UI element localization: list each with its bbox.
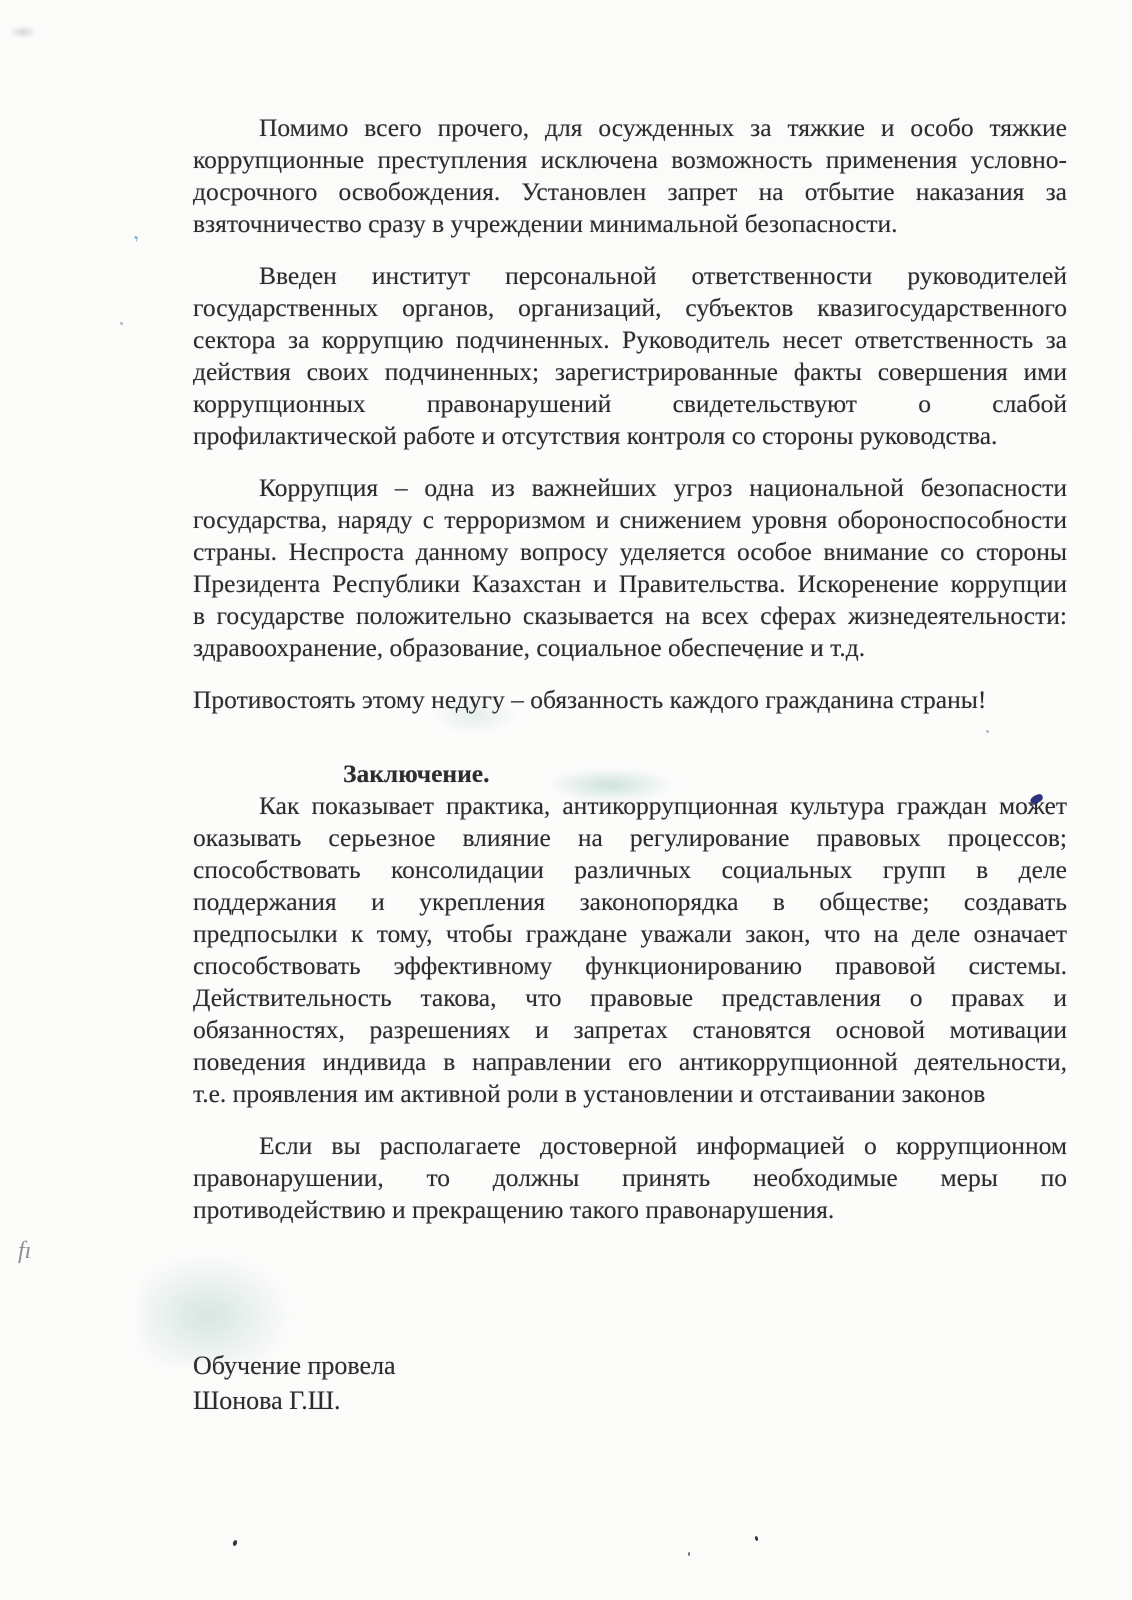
paragraph: Помимо всего прочего, для осужденных за … [193,112,1067,240]
scan-corner-mark [10,26,36,38]
paragraph: Коррупция – одна из важнейших угроз наци… [193,472,1067,664]
text-line: поведения индивида в направлении его ант… [193,1046,1067,1078]
text-line: здравоохранение, образование, социальное… [193,632,1067,664]
scan-speck [688,1552,690,1556]
signature-block: Обучение провела Шонова Г.Ш. [193,1348,396,1418]
text-line: Если вы располагаете достоверной информа… [193,1130,1067,1162]
text-line: правонарушении, то должны принять необхо… [193,1162,1067,1194]
scan-speck [232,1539,238,1546]
text-line: способствовать эффективному функциониров… [193,950,1067,982]
text-line: оказывать серьезное влияние на регулиров… [193,822,1067,854]
text-line: в государстве положительно сказывается н… [193,600,1067,632]
stray-pencil-mark: fı [18,1238,31,1265]
section-heading: Заключение. [343,758,1067,790]
text-line: коррупционных правонарушений свидетельст… [193,388,1067,420]
text-line: Помимо всего прочего, для осужденных за … [193,112,1067,144]
text-line: сектора за коррупцию подчиненных. Руково… [193,324,1067,356]
text-line: противодействию и прекращению такого пра… [193,1194,1067,1226]
paragraph: Если вы располагаете достоверной информа… [193,1130,1067,1226]
text-line: государственных органов, организаций, су… [193,292,1067,324]
text-line: Коррупция – одна из важнейших угроз наци… [193,472,1067,504]
signature-line-name: Шонова Г.Ш. [193,1383,396,1418]
paragraph: Как показывает практика, антикоррупционн… [193,790,1067,1110]
text-line: поддержания и укрепления законопорядка в… [193,886,1067,918]
document-body: Помимо всего прочего, для осужденных за … [193,112,1067,1246]
text-line: взяточничество сразу в учреждении минима… [193,208,1067,240]
text-line: предпосылки к тому, чтобы граждане уважа… [193,918,1067,950]
text-line: способствовать консолидации различных со… [193,854,1067,886]
scan-speck [120,322,123,325]
text-line: Президента Республики Казахстан и Правит… [193,568,1067,600]
text-line: Введен институт персональной ответственн… [193,260,1067,292]
text-line: государства, наряду с терроризмом и сниж… [193,504,1067,536]
text-line: обязанностях, разрешениях и запретах ста… [193,1014,1067,1046]
paragraph: Противостоять этому недугу – обязанность… [193,684,1067,716]
scan-speck [754,1536,758,1542]
scanned-document-page: ‚ fı Помимо всего прочего, для осужденны… [0,0,1132,1600]
text-line: коррупционные преступления исключена воз… [193,144,1067,176]
text-line: действия своих подчиненных; зарегистриро… [193,356,1067,388]
text-line: профилактической работе и отсутствия кон… [193,420,1067,452]
text-line: досрочного освобождения. Установлен запр… [193,176,1067,208]
text-line: Как показывает практика, антикоррупционн… [193,790,1067,822]
blue-pen-mark: ‚ [125,222,142,245]
text-line: т.е. проявления им активной роли в устан… [193,1078,1067,1110]
paragraph: Введен институт персональной ответственн… [193,260,1067,452]
text-line: Действительность такова, что правовые пр… [193,982,1067,1014]
text-line: Противостоять этому недугу – обязанность… [193,684,1067,716]
signature-line-role: Обучение провела [193,1348,396,1383]
text-line: страны. Неспроста данному вопросу уделяе… [193,536,1067,568]
